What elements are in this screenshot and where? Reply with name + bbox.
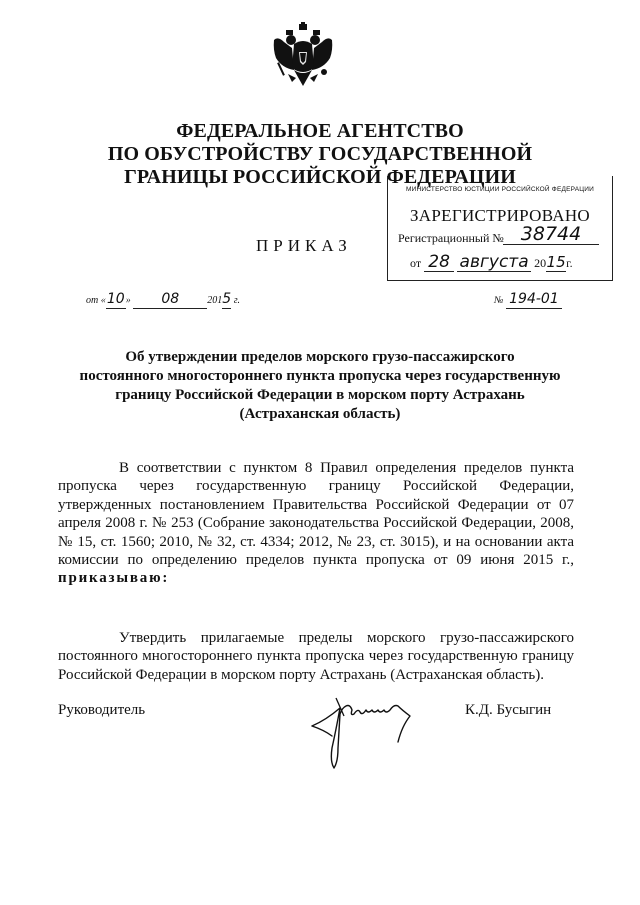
agency-line-2: ПО ОБУСТРОЙСТВУ ГОСУДАРСТВЕННОЙ — [90, 143, 550, 166]
number-value: 194-01 — [506, 291, 562, 309]
decision-paragraph: Утвердить прилагаемые пределы морского г… — [58, 629, 574, 684]
agency-line-1: ФЕДЕРАЛЬНОЕ АГЕНТСТВО — [90, 120, 550, 143]
russian-coat-of-arms-icon — [272, 22, 334, 90]
date-year-prefix: 201 — [207, 295, 222, 306]
registration-stamp: МИНИСТЕРСТВО ЮСТИЦИИ РОССИЙСКОЙ ФЕДЕРАЦИ… — [387, 176, 613, 281]
stamp-year-end: г. — [566, 256, 573, 270]
preamble-paragraph: В соответствии с пунктом 8 Правил опреде… — [58, 459, 574, 588]
handwritten-signature-icon — [306, 690, 436, 780]
stamp-ministry: МИНИСТЕРСТВО ЮСТИЦИИ РОССИЙСКОЙ ФЕДЕРАЦИ… — [388, 186, 612, 193]
order-date: от «10» 082015 г. — [86, 291, 240, 309]
date-year-suffix: 5 — [222, 291, 231, 309]
preamble-text: В соответствии с пунктом 8 Правил опреде… — [58, 460, 574, 568]
stamp-year-prefix: 20 — [534, 256, 546, 270]
title-line-4: (Астраханская область) — [90, 405, 550, 424]
stamp-year-suffix: 15 — [546, 254, 566, 272]
signer-name: К.Д. Бусыгин — [465, 702, 551, 719]
stamp-reg-number: 38744 — [503, 224, 599, 245]
title-line-1: Об утверждении пределов морского грузо-п… — [90, 348, 550, 367]
signer-role: Руководитель — [58, 702, 145, 719]
stamp-day: 28 — [424, 254, 454, 272]
date-day: 10 — [106, 291, 126, 309]
date-month: 08 — [133, 291, 207, 309]
date-prefix: от « — [86, 295, 106, 306]
title-line-2: постоянного многостороннего пункта пропу… — [70, 367, 570, 386]
date-mid: » — [126, 295, 131, 306]
document-type: ПРИКАЗ — [256, 236, 352, 256]
stamp-reg-label: Регистрационный № — [398, 231, 504, 246]
date-suffix: г. — [234, 295, 240, 306]
orders-word: приказываю: — [58, 570, 169, 586]
title-line-3: границу Российской Федерации в морском п… — [90, 386, 550, 405]
stamp-date-prefix: от — [410, 256, 421, 270]
stamp-date: от 28 августа 2015г. — [410, 254, 573, 272]
number-label: № — [494, 295, 503, 306]
order-title: Об утверждении пределов морского грузо-п… — [90, 348, 550, 424]
order-number: № 194-01 — [494, 291, 562, 309]
stamp-month: августа — [457, 254, 531, 272]
